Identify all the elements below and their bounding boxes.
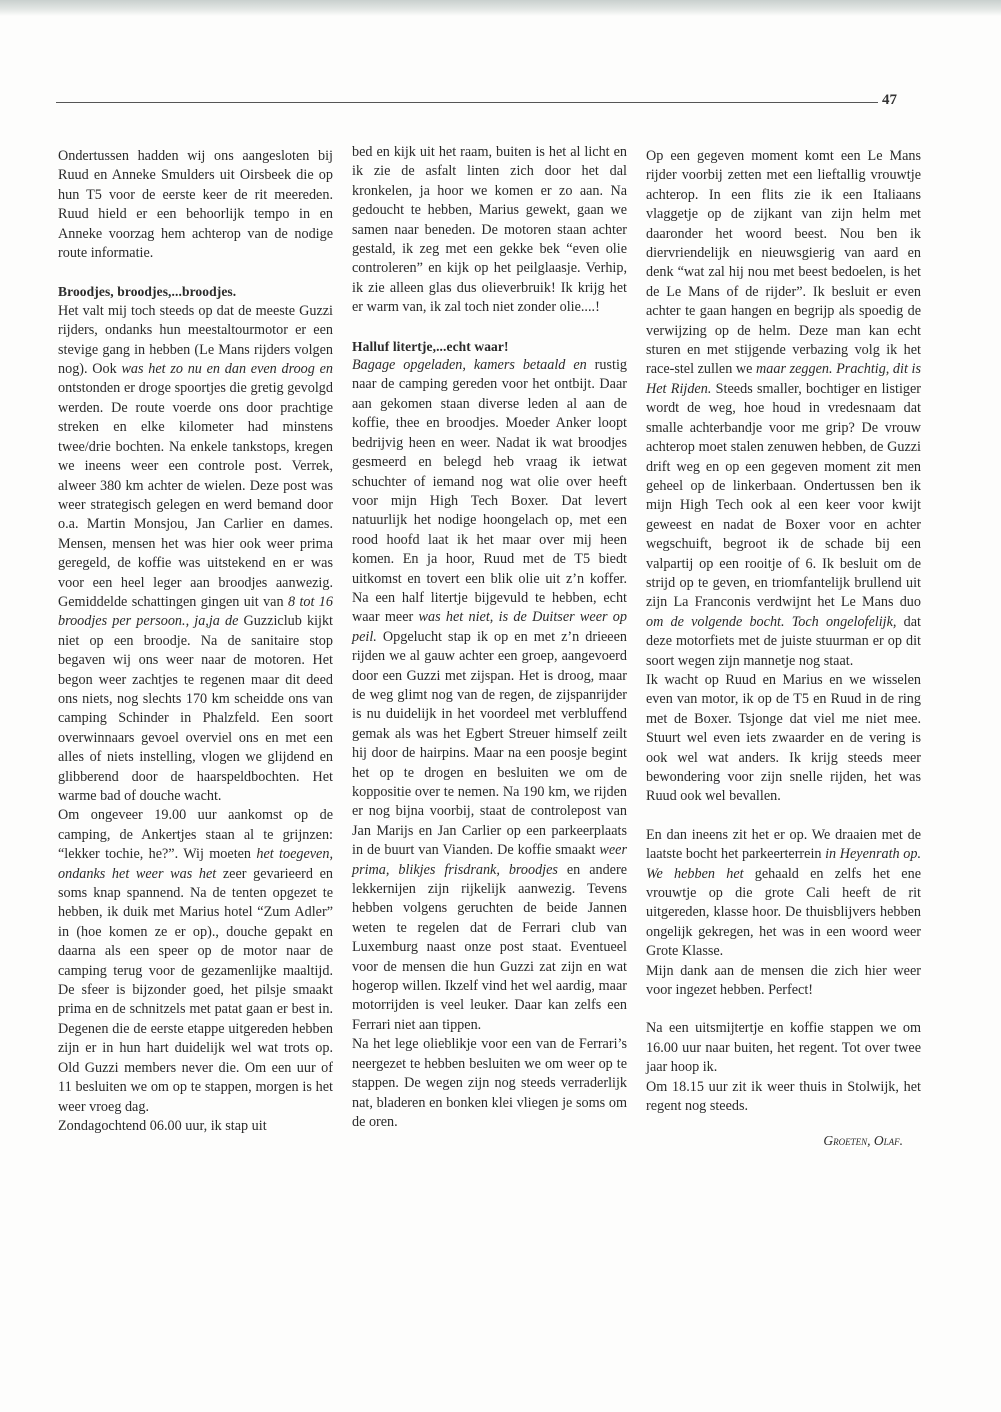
column-2: bed en kijk uit het raam, buiten is het … bbox=[352, 143, 627, 1132]
paragraph: Om 18.15 uur zit ik weer thuis in Stolwi… bbox=[646, 1078, 921, 1117]
paragraph: bed en kijk uit het raam, buiten is het … bbox=[352, 143, 627, 318]
paragraph: Het valt mij toch steeds op dat de mees­… bbox=[58, 302, 333, 807]
page-number: 47 bbox=[882, 92, 897, 109]
signature: Groeten, Olaf. bbox=[646, 1131, 921, 1150]
paragraph: Ik wacht op Ruud en Marius en we wis­sel… bbox=[646, 671, 921, 807]
column-3: Op een gegeven moment komt een Le Mans r… bbox=[646, 147, 921, 1150]
paragraph: Zondagochtend 06.00 uur, ik stap uit bbox=[58, 1117, 333, 1136]
paragraph: Na een uitsmijtertje en koffie stappen w… bbox=[646, 1019, 921, 1077]
paragraph: En dan ineens zit het er op. We draaien … bbox=[646, 826, 921, 962]
paragraph: Bagage opgeladen, kamers betaald en rust… bbox=[352, 356, 627, 1035]
paragraph: Om ongeveer 19.00 uur aankomst op de cam… bbox=[58, 806, 333, 1117]
paragraph: Op een gegeven moment komt een Le Mans r… bbox=[646, 147, 921, 671]
section-heading-halluf-litertje: Halluf litertje,...echt waar! bbox=[352, 337, 627, 356]
section-heading-broodjes: Broodjes, broodjes,...broodjes. bbox=[58, 282, 333, 301]
paragraph: Ondertussen hadden wij ons aangeslo­ten … bbox=[58, 147, 333, 263]
column-1: Ondertussen hadden wij ons aangeslo­ten … bbox=[58, 147, 333, 1136]
paragraph: Mijn dank aan de mensen die zich hier we… bbox=[646, 962, 921, 1001]
header-rule bbox=[56, 102, 878, 103]
scan-edge bbox=[0, 0, 1001, 16]
paragraph: Na het lege olieblikje voor een van de F… bbox=[352, 1035, 627, 1132]
